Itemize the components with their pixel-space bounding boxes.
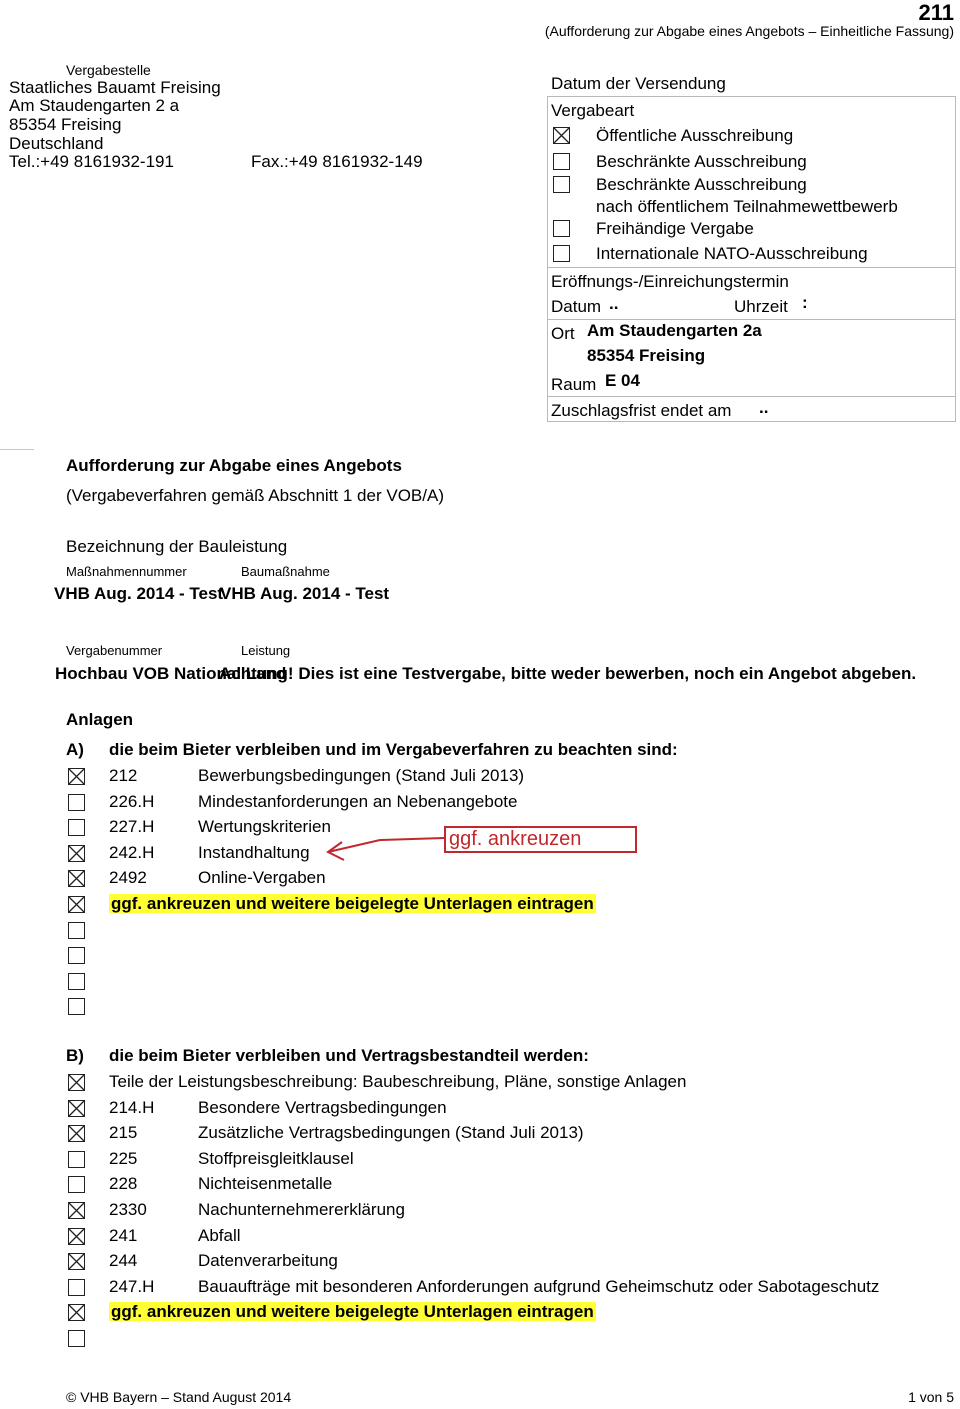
anlage-checkbox[interactable] xyxy=(68,819,85,836)
anlage-description: Stoffpreisgleitklausel xyxy=(198,1149,354,1169)
anlage-code: 215 xyxy=(109,1123,137,1143)
vergabenummer-label: Vergabenummer xyxy=(66,643,162,658)
highlighted-instruction: ggf. ankreuzen und weitere beigelegte Un… xyxy=(109,894,596,914)
anlage-code: 227.H xyxy=(109,817,154,837)
anlage-description: Bewerbungsbedingungen (Stand Juli 2013) xyxy=(198,766,524,786)
anlage-description-text: Teile der Leistungsbeschreibung: Baubesc… xyxy=(109,1072,686,1091)
anlage-checkbox[interactable] xyxy=(68,922,85,939)
section-b-title: die beim Bieter verbleiben und Vertragsb… xyxy=(109,1046,589,1066)
annotation-arrow-icon xyxy=(320,836,450,866)
anlage-description: Nachunternehmererklärung xyxy=(198,1200,405,1220)
footer-copyright: © VHB Bayern – Stand August 2014 xyxy=(66,1389,291,1405)
divider xyxy=(548,267,955,268)
ort-label: Ort xyxy=(551,324,575,344)
zuschlag-label: Zuschlagsfrist endet am xyxy=(551,401,731,421)
check-cross-icon xyxy=(68,1304,85,1321)
anlage-checkbox[interactable] xyxy=(68,1330,85,1347)
anlage-description: Online-Vergaben xyxy=(198,868,326,888)
vergabeart-option-checkbox[interactable] xyxy=(553,176,570,193)
vergabeart-option-checkbox[interactable] xyxy=(553,127,570,144)
vergabeart-option-checkbox[interactable] xyxy=(553,153,570,170)
anlage-code: 214.H xyxy=(109,1098,154,1118)
anlage-code: 212 xyxy=(109,766,137,786)
sender-street: Am Staudengarten 2 a xyxy=(9,97,179,115)
anlage-code: 226.H xyxy=(109,792,154,812)
sender-name: Staatliches Bauamt Freising xyxy=(9,79,221,97)
ort-line2: 85354 Freising xyxy=(587,346,705,366)
page-subtitle: (Vergabeverfahren gemäß Abschnitt 1 der … xyxy=(66,486,444,506)
datum-value[interactable]: .. xyxy=(609,294,618,314)
vergabeart-option-label-line2: nach öffentlichem Teilnahmewettbewerb xyxy=(596,197,898,217)
massnahmennummer-value: VHB Aug. 2014 - Test xyxy=(54,584,223,604)
vergabeart-label: Vergabeart xyxy=(551,101,634,121)
page-title: Aufforderung zur Abgabe eines Angebots xyxy=(66,456,402,476)
check-cross-icon xyxy=(68,768,85,785)
eroeffnung-label: Eröffnungs-/Einreichungstermin xyxy=(551,272,789,292)
anlage-checkbox[interactable] xyxy=(68,870,85,887)
anlage-checkbox[interactable] xyxy=(68,1151,85,1168)
check-cross-icon xyxy=(68,1202,85,1219)
baumassnahme-label: Baumaßnahme xyxy=(241,564,330,579)
anlage-checkbox[interactable] xyxy=(68,947,85,964)
leistung-value: Achtung! Dies ist eine Testvergabe, bitt… xyxy=(219,664,916,684)
vergabeart-option-label: Öffentliche Ausschreibung xyxy=(596,126,793,146)
annotation-text: ggf. ankreuzen xyxy=(449,828,581,851)
vergabeart-option-label: Beschränkte Ausschreibung xyxy=(596,175,807,195)
datum-versendung-label: Datum der Versendung xyxy=(551,74,726,94)
anlage-checkbox[interactable] xyxy=(68,1279,85,1296)
check-cross-icon xyxy=(68,1100,85,1117)
sender-country: Deutschland xyxy=(9,135,104,153)
anlage-checkbox[interactable] xyxy=(68,1228,85,1245)
anlage-checkbox[interactable] xyxy=(68,845,85,862)
divider xyxy=(548,396,955,397)
leistung-label: Leistung xyxy=(241,643,290,658)
anlage-description: Abfall xyxy=(198,1226,241,1246)
anlage-code: 2492 xyxy=(109,868,147,888)
anlage-code: 247.H xyxy=(109,1277,154,1297)
raum-value: E 04 xyxy=(605,371,640,391)
uhrzeit-label: Uhrzeit xyxy=(734,297,788,317)
anlage-checkbox[interactable] xyxy=(68,896,85,913)
anlage-checkbox[interactable] xyxy=(68,1253,85,1270)
anlage-description-text: ggf. ankreuzen und weitere beigelegte Un… xyxy=(109,894,596,913)
sender-label: Vergabestelle xyxy=(66,62,151,78)
vergabeart-option-label: Freihändige Vergabe xyxy=(596,219,754,239)
anlage-description-text: ggf. ankreuzen und weitere beigelegte Un… xyxy=(109,1302,596,1321)
fold-mark xyxy=(0,449,34,450)
massnahmennummer-label: Maßnahmennummer xyxy=(66,564,187,579)
zuschlag-value[interactable]: .. xyxy=(759,398,768,418)
anlage-description: Besondere Vertragsbedingungen xyxy=(198,1098,447,1118)
check-cross-icon xyxy=(68,1125,85,1142)
anlage-description: Wertungskriterien xyxy=(198,817,331,837)
sender-fax: Fax.:+49 8161932-149 xyxy=(251,153,423,171)
divider xyxy=(548,319,955,320)
anlage-checkbox[interactable] xyxy=(68,794,85,811)
vergabeart-option-label: Internationale NATO-Ausschreibung xyxy=(596,244,868,264)
section-b-letter: B) xyxy=(66,1046,84,1066)
form-subtitle: (Aufforderung zur Abgabe eines Angebots … xyxy=(545,23,954,39)
footer-page-number: 1 von 5 xyxy=(908,1389,954,1405)
check-cross-icon xyxy=(553,127,570,144)
check-cross-icon xyxy=(68,845,85,862)
anlage-checkbox[interactable] xyxy=(68,1074,85,1091)
anlage-checkbox[interactable] xyxy=(68,768,85,785)
anlage-description: Nichteisenmetalle xyxy=(198,1174,332,1194)
annotation-box: ggf. ankreuzen xyxy=(444,826,637,853)
anlage-description: Datenverarbeitung xyxy=(198,1251,338,1271)
anlage-description: Instandhaltung xyxy=(198,843,310,863)
bezeichnung-label: Bezeichnung der Bauleistung xyxy=(66,537,287,557)
anlage-code: 241 xyxy=(109,1226,137,1246)
vergabeart-box: Vergabeart Öffentliche Ausschreibung Bes… xyxy=(547,96,956,422)
anlage-checkbox[interactable] xyxy=(68,973,85,990)
anlage-code: 242.H xyxy=(109,843,154,863)
anlage-checkbox[interactable] xyxy=(68,998,85,1015)
anlage-code: 228 xyxy=(109,1174,137,1194)
anlage-checkbox[interactable] xyxy=(68,1202,85,1219)
anlage-checkbox[interactable] xyxy=(68,1304,85,1321)
anlage-code: 225 xyxy=(109,1149,137,1169)
datum-label: Datum xyxy=(551,297,601,317)
check-cross-icon xyxy=(68,1228,85,1245)
ort-line1: Am Staudengarten 2a xyxy=(587,321,762,341)
anlage-code: 2330 xyxy=(109,1200,147,1220)
anlage-description: Bauaufträge mit besonderen Anforderungen… xyxy=(198,1277,879,1297)
check-cross-icon xyxy=(68,870,85,887)
vergabeart-option-checkbox[interactable] xyxy=(553,220,570,237)
anlage-description: Mindestanforderungen an Nebenangebote xyxy=(198,792,517,812)
sender-tel: Tel.:+49 8161932-191 xyxy=(9,153,174,171)
anlage-description: Zusätzliche Vertragsbedingungen (Stand J… xyxy=(198,1123,584,1143)
section-a-title: die beim Bieter verbleiben und im Vergab… xyxy=(109,740,678,760)
vergabeart-option-label: Beschränkte Ausschreibung xyxy=(596,152,807,172)
anlage-checkbox[interactable] xyxy=(68,1176,85,1193)
section-a-letter: A) xyxy=(66,740,84,760)
anlage-checkbox[interactable] xyxy=(68,1100,85,1117)
vergabeart-option-checkbox[interactable] xyxy=(553,245,570,262)
anlagen-heading: Anlagen xyxy=(66,710,133,730)
check-cross-icon xyxy=(68,1253,85,1270)
anlage-checkbox[interactable] xyxy=(68,1125,85,1142)
anlage-description: Teile der Leistungsbeschreibung: Baubesc… xyxy=(109,1072,686,1092)
check-cross-icon xyxy=(68,896,85,913)
baumassnahme-value: VHB Aug. 2014 - Test xyxy=(220,584,389,604)
check-cross-icon xyxy=(68,1074,85,1091)
highlighted-instruction: ggf. ankreuzen und weitere beigelegte Un… xyxy=(109,1302,596,1322)
sender-city: 85354 Freising xyxy=(9,116,121,134)
uhrzeit-value[interactable]: : xyxy=(802,293,808,313)
anlage-code: 244 xyxy=(109,1251,137,1271)
raum-label: Raum xyxy=(551,375,596,395)
